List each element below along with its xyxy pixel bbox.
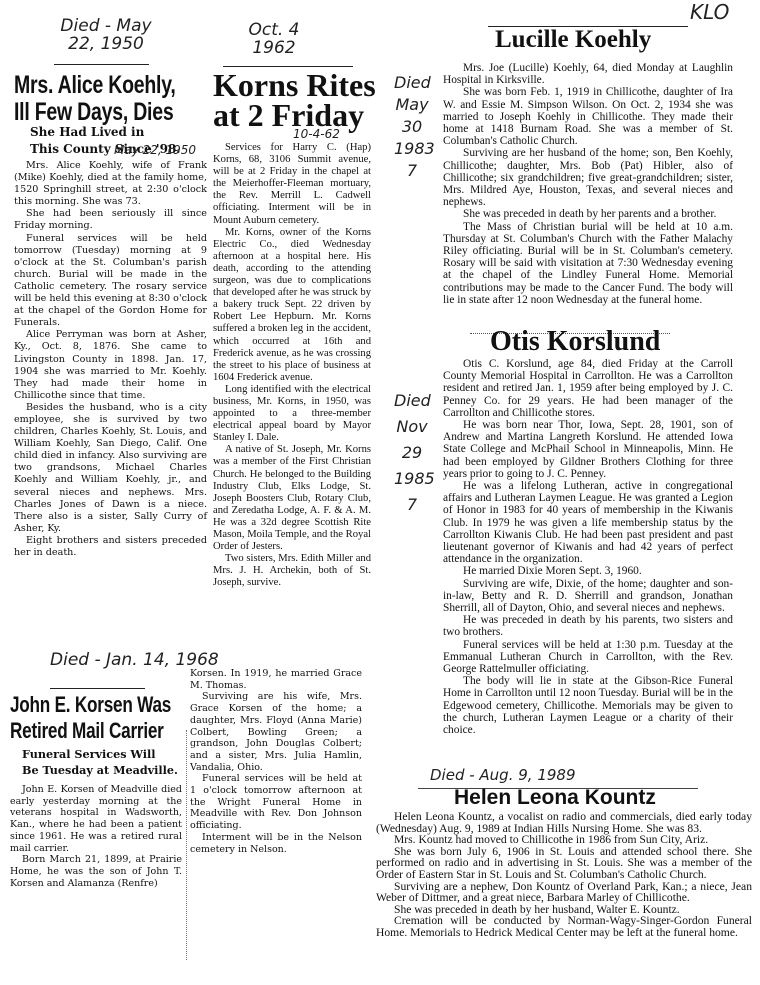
handwritten-death-date: Died May 30 1983 7 xyxy=(394,72,430,182)
article-body-col1: John E. Korsen of Meadville died early y… xyxy=(10,784,182,889)
headline: John E. Korsen Was Retired Mail Carrier xyxy=(10,692,171,744)
subheadline: Funeral Services Will Be Tuesday at Mead… xyxy=(22,746,178,778)
handwritten-corner-note: KLO xyxy=(690,2,729,23)
headline: Otis Korslund xyxy=(490,328,660,356)
article-body-col2: Korsen. In 1919, he married Grace M. Tho… xyxy=(190,668,362,855)
handwritten-date-inline: May 22, 1950 xyxy=(114,144,196,157)
article-body: Mrs. Alice Koehly, wife of Frank (Mike) … xyxy=(14,160,207,559)
headline: Helen Leona Kountz xyxy=(454,786,656,810)
article-body: Helen Leona Kountz, a vocalist on radio … xyxy=(376,811,752,939)
article-body: Mrs. Joe (Lucille) Koehly, 64, died Mond… xyxy=(443,62,733,306)
handwritten-death-date: Died - Aug. 9, 1989 xyxy=(430,768,576,784)
divider xyxy=(54,64,149,65)
article-body: Services for Harry C. (Hap) Korns, 68, 3… xyxy=(213,142,371,589)
article-body: Otis C. Korslund, age 84, died Friday at… xyxy=(443,358,733,736)
handwritten-date-inline: 10-4-62 xyxy=(293,128,340,141)
handwritten-death-date: Oct. 4 1962 xyxy=(239,22,309,58)
handwritten-death-date: Died Nov 29 1985 7 xyxy=(394,388,430,518)
headline: Mrs. Alice Koehly, Ill Few Days, Dies xyxy=(14,72,176,126)
divider xyxy=(50,688,145,689)
headline: Korns Rites at 2 Friday xyxy=(213,70,376,130)
handwritten-death-date: Died - May 22, 1950 xyxy=(46,18,166,54)
column-rule xyxy=(186,730,187,960)
headline: Lucille Koehly xyxy=(495,26,651,54)
